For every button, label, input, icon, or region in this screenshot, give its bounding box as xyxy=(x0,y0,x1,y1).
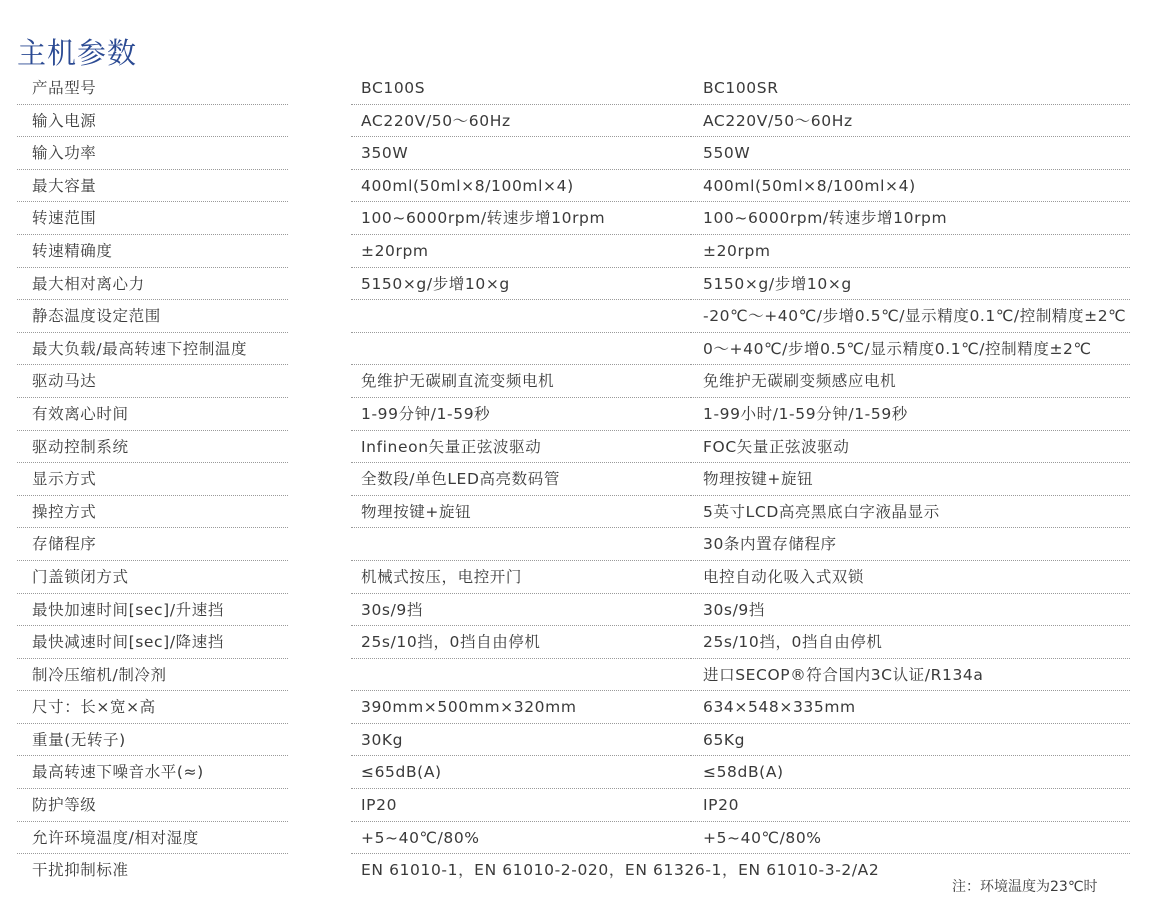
spec-value-bc100s: BC100S xyxy=(351,72,691,105)
spec-value-bc100sr: 634×548×335mm xyxy=(691,691,1130,724)
spec-value-bc100s xyxy=(351,528,691,561)
spec-label: 最快加速时间[sec]/升速挡 xyxy=(17,594,288,627)
spec-label: 最大负载/最高转速下控制温度 xyxy=(17,333,288,366)
spec-value-bc100sr: 5英寸LCD高亮黑底白字液晶显示 xyxy=(691,496,1130,529)
spec-label: 驱动控制系统 xyxy=(17,431,288,464)
spec-value-bc100s xyxy=(351,300,691,333)
spec-value-bc100sr: 65Kg xyxy=(691,724,1130,757)
spec-value-bc100sr: 1-99小时/1-59分钟/1-59秒 xyxy=(691,398,1130,431)
spec-value-bc100s: 物理按键+旋钮 xyxy=(351,496,691,529)
spec-table: 产品型号BC100SBC100SR输入电源AC220V/50～60HzAC220… xyxy=(0,72,1166,887)
spec-value-bc100sr: +5~40℃/80% xyxy=(691,822,1130,855)
spec-label: 操控方式 xyxy=(17,496,288,529)
page-title: 主机参数 xyxy=(17,33,137,73)
spec-label: 产品型号 xyxy=(17,72,288,105)
spec-value-bc100sr: ≤58dB(A) xyxy=(691,756,1130,789)
spec-row: 重量(无转子)30Kg65Kg xyxy=(0,724,1166,757)
spec-row: 制冷压缩机/制冷剂进口SECOP®符合国内3C认证/R134a xyxy=(0,659,1166,692)
spec-value-bc100s: 390mm×500mm×320mm xyxy=(351,691,691,724)
spec-value-bc100sr: 400ml(50ml×8/100ml×4) xyxy=(691,170,1130,203)
spec-value-bc100s: Infineon矢量正弦波驱动 xyxy=(351,431,691,464)
spec-value-bc100sr: BC100SR xyxy=(691,72,1130,105)
spec-row: 允许环境温度/相对湿度+5~40℃/80%+5~40℃/80% xyxy=(0,822,1166,855)
spec-value-bc100s: +5~40℃/80% xyxy=(351,822,691,855)
spec-label: 最大相对离心力 xyxy=(17,268,288,301)
spec-label: 转速精确度 xyxy=(17,235,288,268)
spec-label: 重量(无转子) xyxy=(17,724,288,757)
spec-row: 最大容量400ml(50ml×8/100ml×4)400ml(50ml×8/10… xyxy=(0,170,1166,203)
spec-row: 最大相对离心力5150×g/步增10×g5150×g/步增10×g xyxy=(0,268,1166,301)
spec-row: 最大负载/最高转速下控制温度0～+40℃/步增0.5℃/显示精度0.1℃/控制精… xyxy=(0,333,1166,366)
spec-label: 有效离心时间 xyxy=(17,398,288,431)
spec-value-bc100s: 400ml(50ml×8/100ml×4) xyxy=(351,170,691,203)
spec-row: 操控方式物理按键+旋钮5英寸LCD高亮黑底白字液晶显示 xyxy=(0,496,1166,529)
spec-value-bc100sr: -20℃～+40℃/步增0.5℃/显示精度0.1℃/控制精度±2℃ xyxy=(691,300,1130,333)
spec-value-bc100s: 1-99分钟/1-59秒 xyxy=(351,398,691,431)
spec-label: 最快减速时间[sec]/降速挡 xyxy=(17,626,288,659)
spec-label: 输入功率 xyxy=(17,137,288,170)
spec-row: 最高转速下噪音水平(≈)≤65dB(A)≤58dB(A) xyxy=(0,756,1166,789)
spec-value-bc100s: 机械式按压，电控开门 xyxy=(351,561,691,594)
spec-value-bc100s: ≤65dB(A) xyxy=(351,756,691,789)
spec-row: 输入电源AC220V/50～60HzAC220V/50～60Hz xyxy=(0,105,1166,138)
spec-value-bc100s: ±20rpm xyxy=(351,235,691,268)
spec-value-bc100s: 350W xyxy=(351,137,691,170)
spec-label: 输入电源 xyxy=(17,105,288,138)
spec-value-bc100sr: IP20 xyxy=(691,789,1130,822)
spec-row: 静态温度设定范围-20℃～+40℃/步增0.5℃/显示精度0.1℃/控制精度±2… xyxy=(0,300,1166,333)
spec-value-bc100sr: 25s/10挡，0挡自由停机 xyxy=(691,626,1130,659)
spec-value-bc100s: 25s/10挡，0挡自由停机 xyxy=(351,626,691,659)
spec-value-bc100s: 全数段/单色LED高亮数码管 xyxy=(351,463,691,496)
spec-row: 最快加速时间[sec]/升速挡30s/9挡30s/9挡 xyxy=(0,594,1166,627)
spec-row: 防护等级IP20IP20 xyxy=(0,789,1166,822)
spec-value-bc100sr: 30条内置存储程序 xyxy=(691,528,1130,561)
spec-row: 产品型号BC100SBC100SR xyxy=(0,72,1166,105)
spec-value-bc100sr: 550W xyxy=(691,137,1130,170)
spec-label: 最大容量 xyxy=(17,170,288,203)
spec-row: 显示方式全数段/单色LED高亮数码管物理按键+旋钮 xyxy=(0,463,1166,496)
spec-row: 尺寸：长×宽×高390mm×500mm×320mm634×548×335mm xyxy=(0,691,1166,724)
spec-label: 驱动马达 xyxy=(17,365,288,398)
spec-label: 制冷压缩机/制冷剂 xyxy=(17,659,288,692)
spec-value-bc100sr: FOC矢量正弦波驱动 xyxy=(691,431,1130,464)
spec-label: 门盖锁闭方式 xyxy=(17,561,288,594)
spec-value-bc100sr: 电控自动化吸入式双锁 xyxy=(691,561,1130,594)
spec-label: 防护等级 xyxy=(17,789,288,822)
spec-label: 尺寸：长×宽×高 xyxy=(17,691,288,724)
spec-label: 最高转速下噪音水平(≈) xyxy=(17,756,288,789)
spec-value-bc100sr: 进口SECOP®符合国内3C认证/R134a xyxy=(691,659,1130,692)
spec-label: 显示方式 xyxy=(17,463,288,496)
spec-value-bc100s: 免维护无碳刷直流变频电机 xyxy=(351,365,691,398)
spec-row: 输入功率350W550W xyxy=(0,137,1166,170)
spec-value-bc100s: IP20 xyxy=(351,789,691,822)
spec-value-bc100sr: AC220V/50～60Hz xyxy=(691,105,1130,138)
spec-row: 转速范围100~6000rpm/转速步增10rpm100~6000rpm/转速步… xyxy=(0,202,1166,235)
footnote: 注：环境温度为23℃时 xyxy=(952,876,1098,898)
spec-row: 驱动马达免维护无碳刷直流变频电机免维护无碳刷变频感应电机 xyxy=(0,365,1166,398)
spec-value-bc100sr: 0～+40℃/步增0.5℃/显示精度0.1℃/控制精度±2℃ xyxy=(691,333,1130,366)
spec-label: 静态温度设定范围 xyxy=(17,300,288,333)
spec-value-bc100sr: 免维护无碳刷变频感应电机 xyxy=(691,365,1130,398)
spec-row: 转速精确度±20rpm±20rpm xyxy=(0,235,1166,268)
spec-value-bc100s: 30Kg xyxy=(351,724,691,757)
spec-value-bc100sr: 5150×g/步增10×g xyxy=(691,268,1130,301)
spec-row: 有效离心时间1-99分钟/1-59秒1-99小时/1-59分钟/1-59秒 xyxy=(0,398,1166,431)
spec-value-bc100s: AC220V/50～60Hz xyxy=(351,105,691,138)
spec-label: 存储程序 xyxy=(17,528,288,561)
spec-value-bc100s: 30s/9挡 xyxy=(351,594,691,627)
spec-value-bc100s xyxy=(351,659,691,692)
spec-row: 存储程序30条内置存储程序 xyxy=(0,528,1166,561)
spec-label: 允许环境温度/相对湿度 xyxy=(17,822,288,855)
spec-value-bc100sr: ±20rpm xyxy=(691,235,1130,268)
spec-value-bc100sr: 100~6000rpm/转速步增10rpm xyxy=(691,202,1130,235)
spec-value-bc100sr: 物理按键+旋钮 xyxy=(691,463,1130,496)
spec-value-bc100sr: 30s/9挡 xyxy=(691,594,1130,627)
spec-row: 驱动控制系统Infineon矢量正弦波驱动FOC矢量正弦波驱动 xyxy=(0,431,1166,464)
spec-value-bc100s: 5150×g/步增10×g xyxy=(351,268,691,301)
spec-label: 干扰抑制标准 xyxy=(17,854,288,887)
spec-row: 最快减速时间[sec]/降速挡25s/10挡，0挡自由停机25s/10挡，0挡自… xyxy=(0,626,1166,659)
spec-value-bc100s: 100~6000rpm/转速步增10rpm xyxy=(351,202,691,235)
spec-row: 门盖锁闭方式机械式按压，电控开门电控自动化吸入式双锁 xyxy=(0,561,1166,594)
spec-label: 转速范围 xyxy=(17,202,288,235)
spec-value-bc100s xyxy=(351,333,691,366)
